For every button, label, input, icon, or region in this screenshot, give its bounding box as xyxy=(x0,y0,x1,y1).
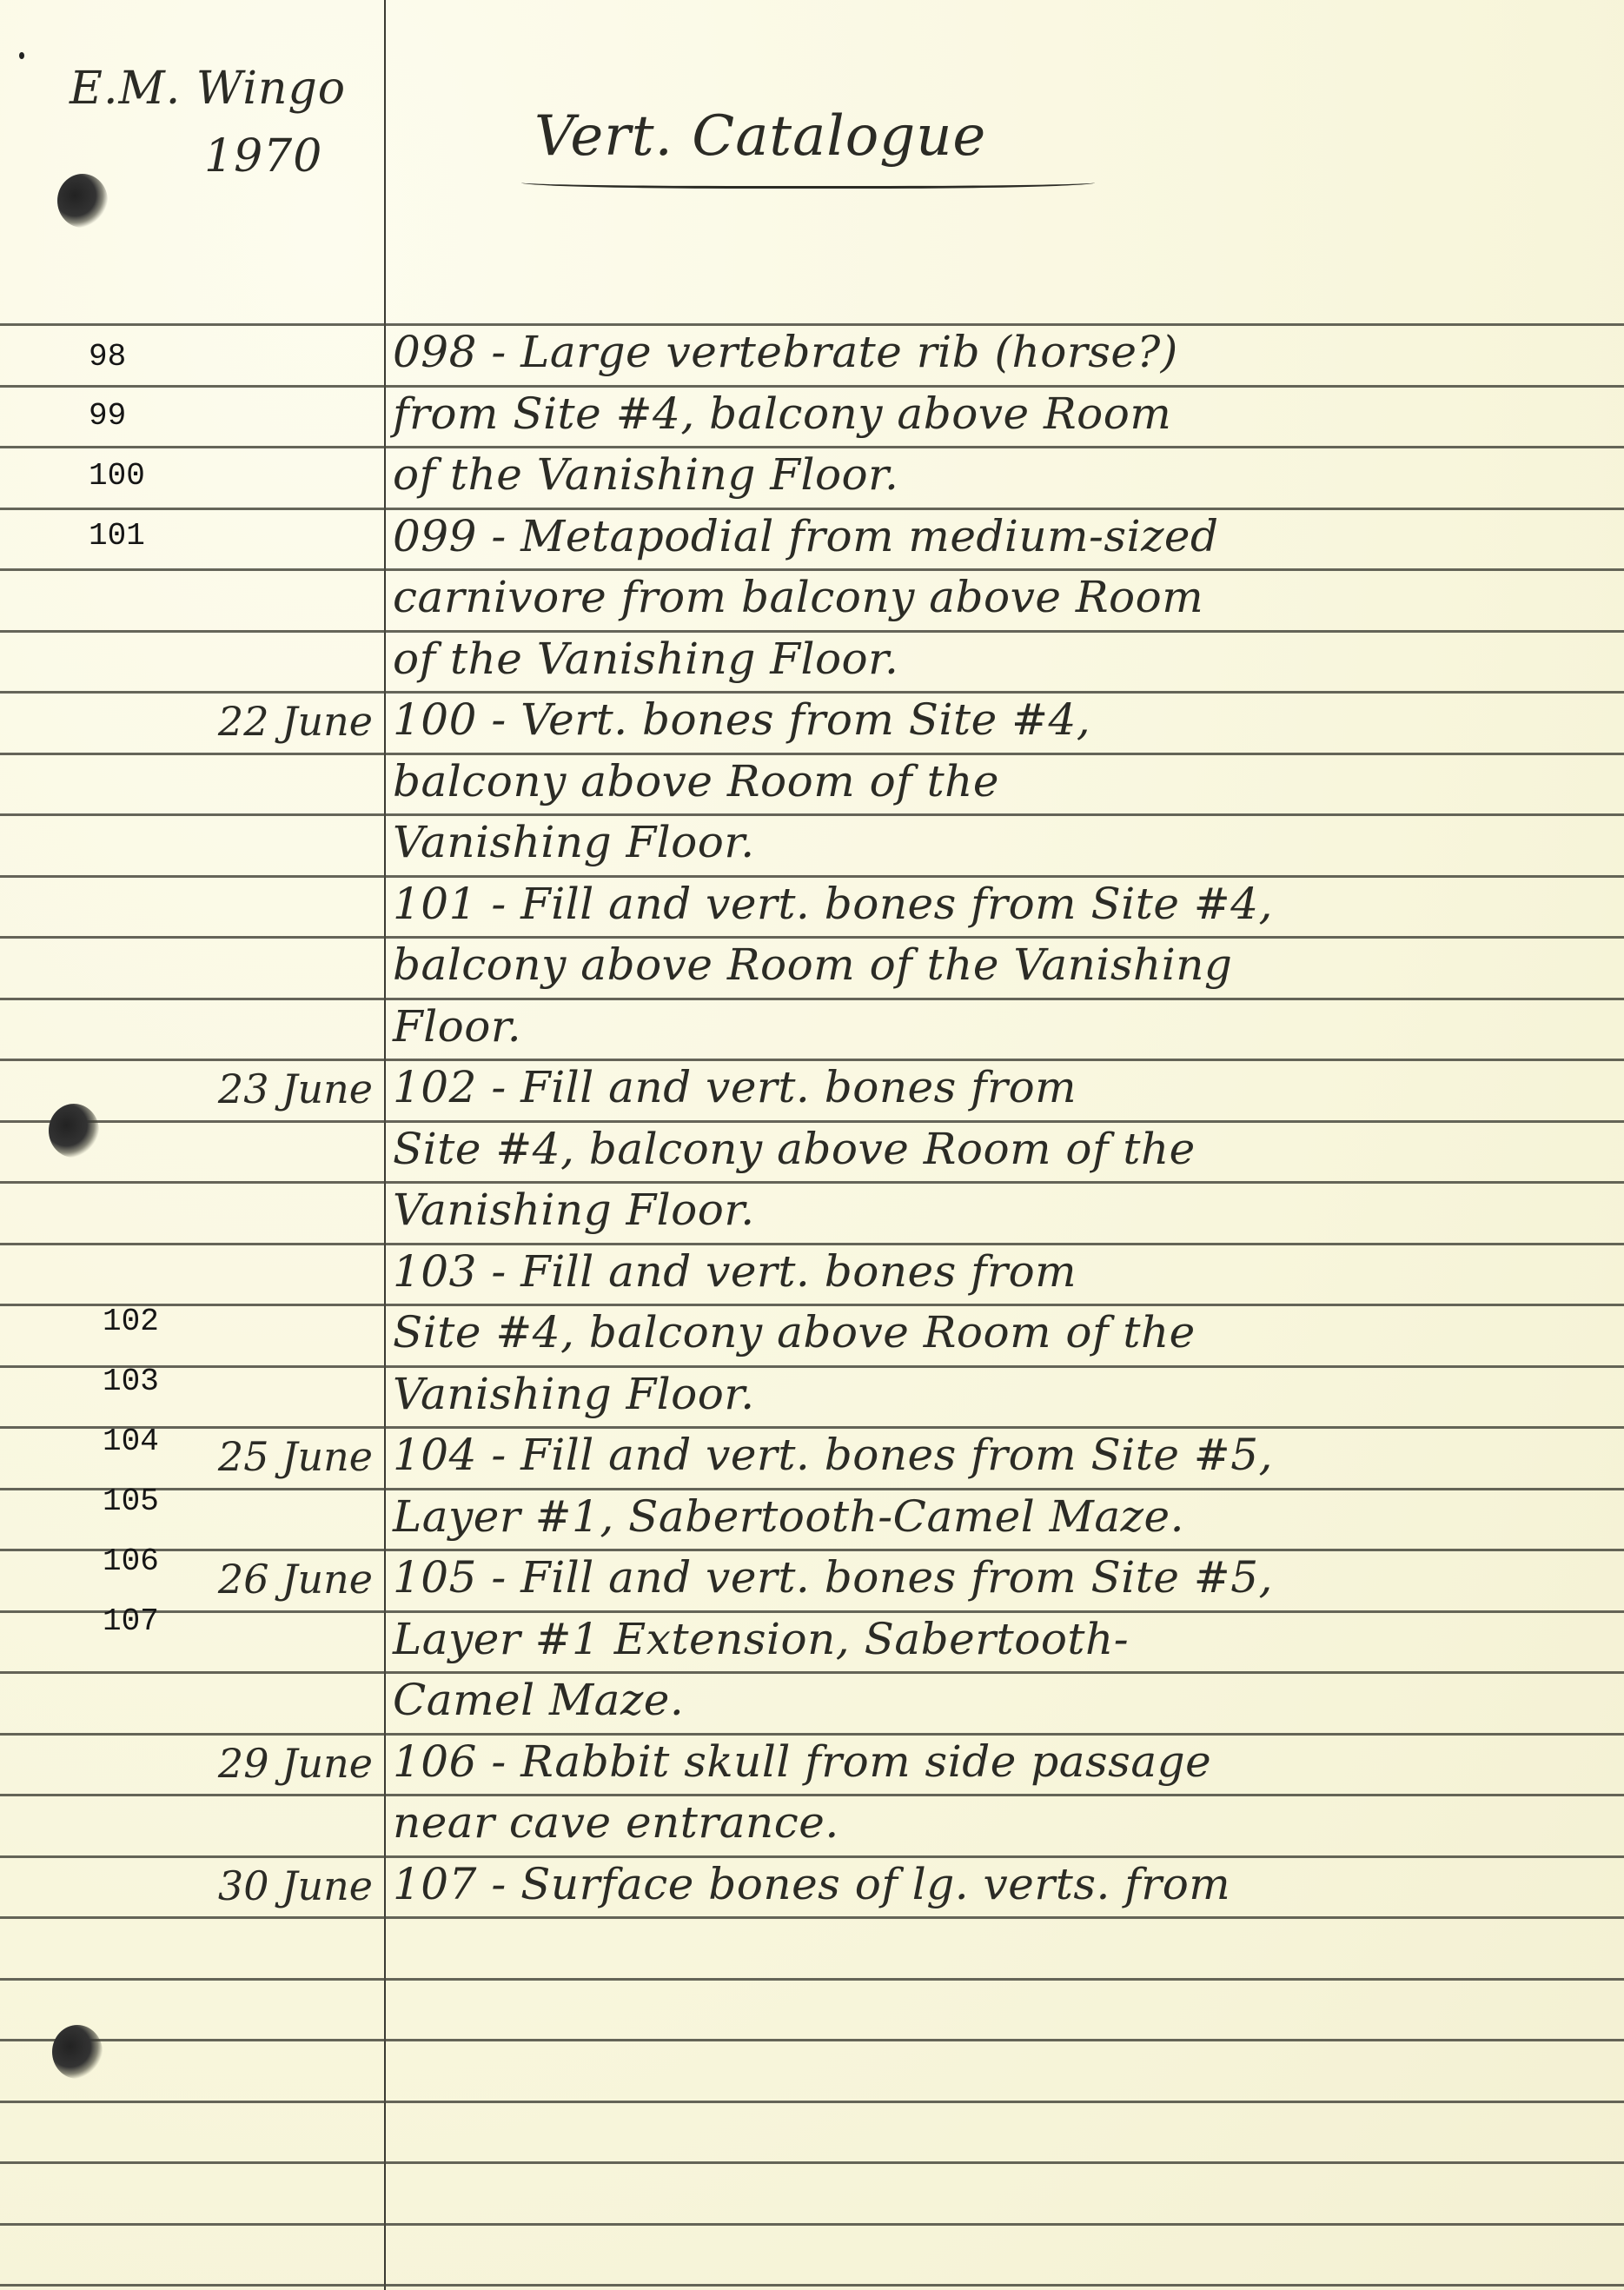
binder-hole-middle xyxy=(49,1104,99,1158)
entry-line: from Site #4, balcony above Room xyxy=(393,388,1171,439)
typed-number: 102 xyxy=(103,1304,159,1339)
ruled-line xyxy=(0,1304,1624,1306)
entry-date: 23 June xyxy=(218,1065,373,1112)
entry-line: of the Vanishing Floor. xyxy=(393,449,898,500)
ruled-line xyxy=(0,2284,1624,2287)
ruled-line xyxy=(0,813,1624,816)
ruled-line xyxy=(0,2161,1624,2164)
ruled-line xyxy=(0,1120,1624,1123)
entry-line: Vanishing Floor. xyxy=(393,1369,755,1419)
author-name: E.M. Wingo xyxy=(70,63,346,115)
entry-line: carnivore from balcony above Room xyxy=(393,572,1203,622)
typed-number: 104 xyxy=(103,1424,159,1459)
entry-line: 105 - Fill and vert. bones from Site #5, xyxy=(393,1552,1273,1603)
entry-line: 107 - Surface bones of lg. verts. from xyxy=(393,1859,1230,1909)
catalogue-page: E.M. Wingo 1970 Vert. Catalogue 98 99 10… xyxy=(0,0,1624,2290)
ruled-line xyxy=(0,691,1624,694)
margin-line xyxy=(384,0,386,2290)
entry-line: Site #4, balcony above Room of the xyxy=(393,1124,1196,1174)
ruled-line xyxy=(0,1794,1624,1796)
binder-hole-top xyxy=(57,174,108,228)
title-underline xyxy=(521,174,1095,189)
typed-number: 100 xyxy=(89,458,145,494)
entry-line: 103 - Fill and vert. bones from xyxy=(393,1246,1077,1297)
ruled-line xyxy=(0,1916,1624,1919)
ruled-line xyxy=(0,2223,1624,2226)
entry-line: Vanishing Floor. xyxy=(393,817,755,867)
ruled-line xyxy=(0,1488,1624,1490)
entry-date: 30 June xyxy=(218,1862,373,1909)
ruled-line xyxy=(0,1059,1624,1061)
entry-line: 102 - Fill and vert. bones from xyxy=(393,1062,1077,1112)
typed-number: 98 xyxy=(89,339,126,375)
ruled-line xyxy=(0,1243,1624,1245)
ruled-line xyxy=(0,385,1624,388)
entry-line: balcony above Room of the Vanishing xyxy=(393,939,1232,990)
ruled-line xyxy=(0,936,1624,939)
typed-number: 106 xyxy=(103,1543,159,1579)
entry-line: Layer #1 Extension, Sabertooth- xyxy=(393,1614,1129,1664)
typed-number: 103 xyxy=(103,1364,159,1399)
ruled-line xyxy=(0,1365,1624,1368)
ruled-line xyxy=(0,2101,1624,2103)
entry-line: 099 - Metapodial from medium-sized xyxy=(393,511,1219,561)
ruled-line xyxy=(0,1671,1624,1674)
entry-line: Vanishing Floor. xyxy=(393,1185,755,1235)
ruled-line xyxy=(0,630,1624,633)
catalogue-year: 1970 xyxy=(204,130,322,183)
entry-date: 29 June xyxy=(218,1740,373,1787)
entry-line: Layer #1, Sabertooth-Camel Maze. xyxy=(393,1491,1184,1542)
entry-line: of the Vanishing Floor. xyxy=(393,634,898,684)
entry-line: Camel Maze. xyxy=(393,1675,684,1725)
entry-line: balcony above Room of the xyxy=(393,756,999,806)
entry-line: Site #4, balcony above Room of the xyxy=(393,1307,1196,1357)
entry-line: 100 - Vert. bones from Site #4, xyxy=(393,694,1090,745)
typed-number: 107 xyxy=(103,1603,159,1639)
ruled-line xyxy=(0,568,1624,571)
entry-line: 104 - Fill and vert. bones from Site #5, xyxy=(393,1430,1273,1480)
binder-hole-bottom xyxy=(52,2025,103,2079)
ruled-line xyxy=(0,998,1624,1000)
ruled-line xyxy=(0,323,1624,326)
entry-date: 26 June xyxy=(218,1556,373,1603)
entry-line: near cave entrance. xyxy=(393,1797,839,1848)
ruled-line xyxy=(0,1549,1624,1551)
ruled-line xyxy=(0,1181,1624,1184)
typed-number: 105 xyxy=(103,1484,159,1519)
entry-line: 101 - Fill and vert. bones from Site #4, xyxy=(393,879,1273,929)
ruled-line xyxy=(0,875,1624,878)
page-title: Vert. Catalogue xyxy=(534,104,986,169)
ruled-line xyxy=(0,1610,1624,1613)
ruled-line xyxy=(0,1733,1624,1736)
ruled-line xyxy=(0,2039,1624,2041)
ruled-line xyxy=(0,446,1624,448)
typed-number: 101 xyxy=(89,518,145,554)
ruled-line xyxy=(0,1978,1624,1981)
ruled-line xyxy=(0,508,1624,510)
entry-line: 098 - Large vertebrate rib (horse?) xyxy=(393,327,1178,377)
entry-line: Floor. xyxy=(393,1001,521,1052)
ink-speck xyxy=(19,52,24,59)
entry-date: 25 June xyxy=(218,1433,373,1480)
ruled-line xyxy=(0,1855,1624,1858)
typed-number: 99 xyxy=(89,398,126,434)
ruled-line xyxy=(0,753,1624,755)
entry-date: 22 June xyxy=(218,698,373,745)
entry-line: 106 - Rabbit skull from side passage xyxy=(393,1736,1211,1787)
ruled-line xyxy=(0,1426,1624,1429)
